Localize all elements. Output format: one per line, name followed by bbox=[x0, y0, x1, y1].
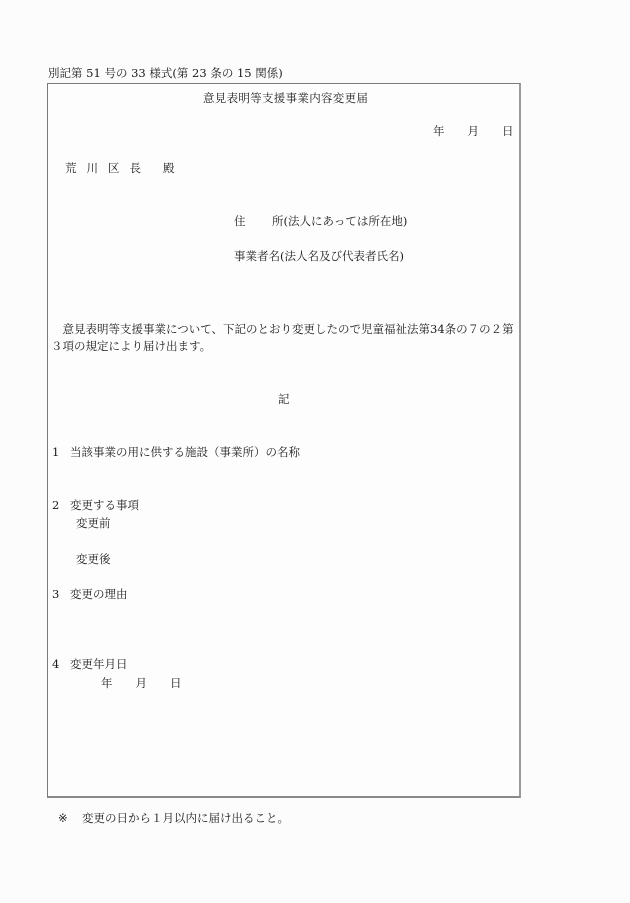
addressee-char: 川 bbox=[87, 161, 99, 175]
address-label: 住所(法人にあっては所在地) bbox=[234, 214, 407, 228]
item-change-reason: 3変更の理由 bbox=[52, 587, 128, 601]
day-label: 日 bbox=[170, 676, 182, 690]
change-date-fields: 年月日 bbox=[101, 676, 182, 690]
item-number: 1 bbox=[52, 445, 70, 459]
document-title: 意見表明等支援事業内容変更届 bbox=[203, 91, 368, 105]
item-number: 2 bbox=[52, 498, 70, 512]
year-label: 年 bbox=[101, 676, 113, 690]
month-label: 月 bbox=[136, 676, 148, 690]
item-label: 変更の理由 bbox=[70, 587, 128, 601]
declaration-text: 意見表明等支援事業について、下記のとおり変更したので児童福祉法第34条の７の２第… bbox=[51, 321, 517, 355]
addressee-char: 荒 bbox=[65, 161, 77, 175]
item-facility-name: 1当該事業の用に供する施設（事業所）の名称 bbox=[52, 445, 300, 459]
addressee-char: 区 bbox=[108, 161, 120, 175]
item-changed-matters: 2変更する事項 bbox=[52, 498, 139, 512]
addressee-char: 長 bbox=[130, 161, 142, 175]
item-number: 4 bbox=[52, 657, 70, 671]
item-change-date: 4変更年月日 bbox=[52, 657, 128, 671]
item-label: 変更する事項 bbox=[70, 498, 139, 512]
addressee-honorific: 殿 bbox=[163, 161, 175, 175]
submission-date-fields: 年月日 bbox=[433, 124, 514, 138]
addressee: 荒川区長殿 bbox=[65, 161, 175, 175]
footnote: ※変更の日から１月以内に届け出ること。 bbox=[58, 811, 289, 825]
reference-mark-icon: ※ bbox=[58, 811, 82, 825]
after-change-label: 変更後 bbox=[76, 552, 111, 566]
address-label-lead: 住 bbox=[234, 214, 272, 228]
day-label: 日 bbox=[502, 124, 514, 138]
item-label: 変更年月日 bbox=[70, 657, 128, 671]
year-label: 年 bbox=[433, 124, 445, 138]
form-number: 別記第 51 号の 33 様式(第 23 条の 15 関係) bbox=[48, 66, 283, 80]
footnote-text: 変更の日から１月以内に届け出ること。 bbox=[82, 811, 289, 825]
item-number: 3 bbox=[52, 587, 70, 601]
form-frame bbox=[47, 83, 521, 798]
business-name-label: 事業者名(法人名及び代表者氏名) bbox=[234, 249, 404, 263]
item-label: 当該事業の用に供する施設（事業所）の名称 bbox=[70, 445, 300, 459]
address-label-rest: 所(法人にあっては所在地) bbox=[272, 214, 407, 228]
before-change-label: 変更前 bbox=[76, 516, 111, 530]
ki-heading: 記 bbox=[278, 392, 290, 406]
month-label: 月 bbox=[468, 124, 480, 138]
